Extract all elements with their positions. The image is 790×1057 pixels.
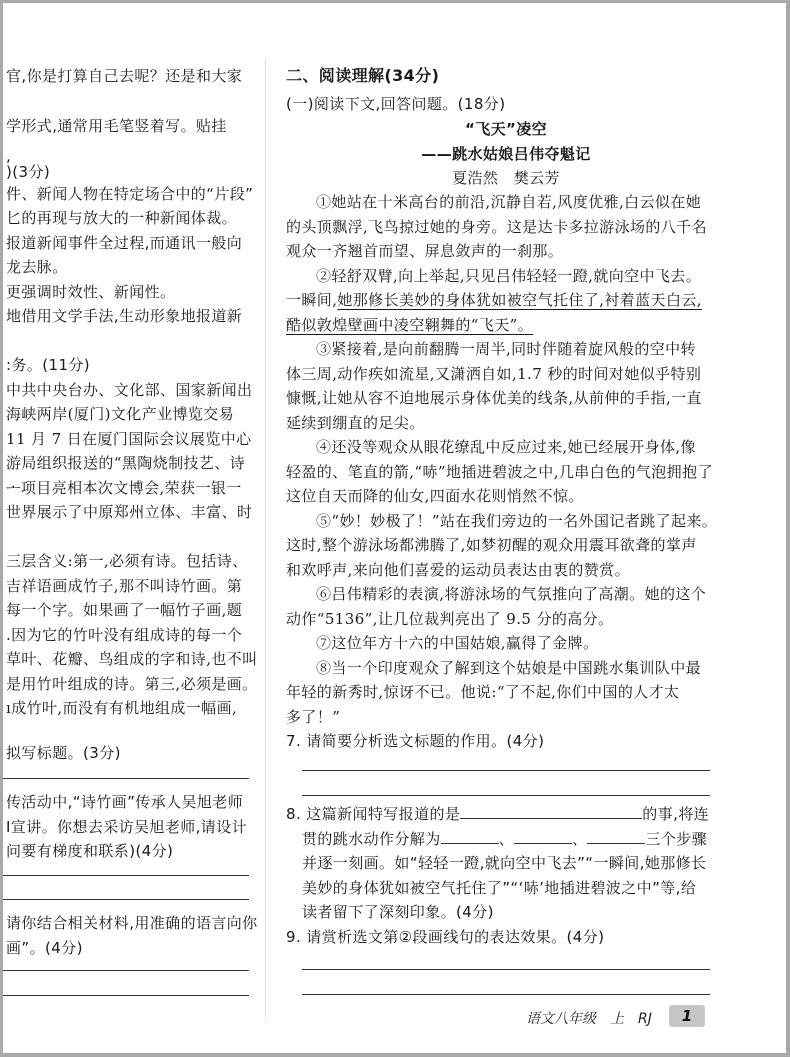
paragraph-8-line: 年轻的新秀时,惊讶不已。他说:“了不起,你们中国的人才太 [286,682,679,702]
left-line: I宣讲。你想去采访吴旭老师,请设计 [6,817,247,837]
q9-answer-line[interactable] [302,994,710,995]
paragraph-1-line: 的头顶飘浮,飞鸟掠过她的身旁。这是达卡多拉游泳场的八千名 [286,217,707,237]
left-line: 请你结合相关材料,用准确的语言向你 [6,913,258,933]
left-line: ᅩ项目亮相本次文博会,荣获一银一 [6,478,242,498]
paragraph-4-line: ④还没等观众从眼花缭乱中反应过来,她已经展开身体,像 [316,437,696,457]
q7-answer-line[interactable] [302,795,710,796]
answer-line[interactable] [3,995,249,996]
left-line: 吉祥语画成竹子,那不叫诗竹画。第 [6,576,242,596]
paragraph-6-line: 动作“5136”,让几位裁判亮出了 9.5 分的高分。 [286,609,613,629]
paragraph-3-line: 体三周,动作疾如流星,又潇洒自如,1.7 秒的时间对她似乎特别 [286,364,701,384]
paragraph-1-line: ①她站在十米高台的前沿,沉静自若,风度优雅,白云似在她 [316,192,701,212]
q8-text: 贯的跳水动作分解为 [302,830,441,848]
q8-blank-topic[interactable] [460,804,642,819]
left-line: 画”。(4分) [6,938,83,958]
question-8-line: 并逐一刻画。如“轻轻一蹬,就向空中飞去”“一瞬间,她那修长 [302,853,706,873]
q8-text: 三个步骤 [645,830,707,848]
left-line: :务。(11分) [6,355,90,375]
left-line: )(3分) [6,162,50,182]
underlined-sentence: 她那修长美妙的身体犹如被空气托住了,衬着蓝天白云, [337,291,702,309]
answer-line[interactable] [3,899,249,900]
question-9: 9. 请赏析选文第②段画线句的表达效果。(4分) [286,927,604,947]
paragraph-8-line: ⑧当一个印度观众了解到这个姑娘是中国跳水集训队中最 [316,658,701,678]
left-line: 每一个字。如果画了一幅竹子画,题 [6,600,242,620]
left-line: 三层含义:第一,必须有诗。包括诗、 [6,551,248,571]
article-subtitle: ——跳水姑娘吕伟夺魁记 [286,144,726,164]
left-line: 11 月 7 日在厦门国际会议展览中心 [6,429,252,449]
book-label: 语文八年级 上 RJ [526,1008,652,1028]
q8-blank-step-3[interactable] [587,829,645,844]
q8-text: 的事,将连 [642,805,709,823]
answer-line[interactable] [3,970,249,971]
page-border-bottom [0,1053,790,1057]
paragraph-3-line: 延续到绷直的足尖。 [286,413,425,433]
q8-blank-step-1[interactable] [441,829,499,844]
question-7: 7. 请简要分析选文标题的作用。(4分) [286,731,544,751]
q8-separator: 、 [499,830,514,848]
page-border-top [0,0,790,3]
question-8-line: 贯的跳水动作分解为、、三个步骤 [302,829,707,849]
page-number-badge: 1 [669,1005,705,1027]
left-line: 官,你是打算自己去呢？还是和大家 [6,66,242,86]
page-border-right [786,0,790,1057]
paragraph-5-line: ⑤“妙！妙极了！”站在我们旁边的一名外国记者跳了起来。 [316,511,717,531]
paragraph-2-text: 一瞬间, [286,291,337,309]
paragraph-8-line: 多了！” [286,707,340,727]
left-line: 地借用文学手法,生动形象地报道新 [6,306,242,326]
left-line: 世界展示了中原郑州立体、丰富、时 [6,502,252,522]
answer-line[interactable] [3,778,249,779]
paragraph-7-line: ⑦这位年方十六的中国姑娘,赢得了金牌。 [316,633,598,653]
q7-answer-line[interactable] [302,770,710,771]
left-line: 海峡两岸(厦门)文化产业博览交易 [6,404,234,424]
left-line: 学形式,通常用毛笔竖着写。贴挂 [6,116,227,136]
left-line: 匕的再现与放大的一种新闻体裁。 [6,208,237,228]
paragraph-5-line: 和欢呼声,来向他们喜爱的运动员表达由衷的赞赏。 [286,560,630,580]
left-line: ı成竹叶,而没有有机地组成一幅画, [6,698,237,718]
underlined-sentence: 酷似敦煌壁画中凌空翱舞的“飞天”。 [286,315,533,335]
paragraph-5-line: 这时,整个游泳场都沸腾了,如梦初醒的观众用震耳欲聋的掌声 [286,535,697,555]
paragraph-3-line: ③紧接着,是向前翻腾一周半,同时伴随着旋风般的空中转 [316,339,696,359]
paragraph-1-line: 观众一齐翘首而望、屏息敛声的一刹那。 [286,241,563,261]
paragraph-4-line: 这位自天而降的仙女,四面水花则悄然不惊。 [286,486,584,506]
left-line: 游局组织报送的“黑陶烧制技艺、诗 [6,453,245,473]
left-line: 传活动中,“诗竹画”传承人吴旭老师 [6,792,243,812]
article-authors: 夏浩然 樊云芳 [286,168,726,188]
paragraph-2-line: 一瞬间,她那修长美妙的身体犹如被空气托住了,衬着蓝天白云, [286,290,702,310]
q9-answer-line[interactable] [302,969,710,970]
question-8-line: 读者留下了深刻印象。(4分) [302,902,494,922]
left-line: 件、新闻人物在特定场合中的“片段” [6,184,253,204]
answer-line[interactable] [3,875,249,876]
section-title: 二、阅读理解(34分) [286,66,439,86]
article-title: “飞天”凌空 [286,119,726,139]
left-line: 是用竹叶组成的诗。第三,必须是画。 [6,674,258,694]
left-line: 草叶、花瓣、鸟组成的字和诗,也不叫 [6,649,258,669]
q8-text: 8. 这篇新闻特写报道的是 [286,805,460,823]
q8-separator: 、 [572,830,587,848]
paragraph-2-line: ②轻舒双臂,向上举起,只见吕伟轻轻一蹬,就向空中飞去。 [316,266,701,286]
left-line: 更强调时效性、新闻性。 [6,282,175,302]
left-line: 中共中央台办、文化部、国家新闻出 [6,380,252,400]
column-divider [265,60,266,1020]
question-8-line: 美妙的身体犹如被空气托住了”“‘哧’地插进碧波之中”等,给 [302,878,696,898]
paragraph-6-line: ⑥吕伟精彩的表演,将游泳场的气氛推向了高潮。她的这个 [316,584,706,604]
subsection-title: (一)阅读下文,回答问题。(18分) [286,94,505,114]
left-line: 拟写标题。(3分) [6,743,121,763]
question-8-line: 8. 这篇新闻特写报道的是的事,将连 [286,804,709,824]
paragraph-3-line: 慷慨,让她从容不迫地展示身体优美的线条,从前伸的手指,一直 [286,388,702,408]
paragraph-4-line: 轻盈的、笔直的箭,“哧”地插进碧波之中,几串白色的气泡拥抱了 [286,462,713,482]
left-line: 问要有梯度和联系)(4分) [6,841,173,861]
left-line: .因为它的竹叶没有组成诗的每一个 [6,625,242,645]
q8-blank-step-2[interactable] [514,829,572,844]
left-line: 龙去脉。 [6,257,68,277]
left-line: 报道新闻事件全过程,而通讯一般向 [6,233,242,253]
